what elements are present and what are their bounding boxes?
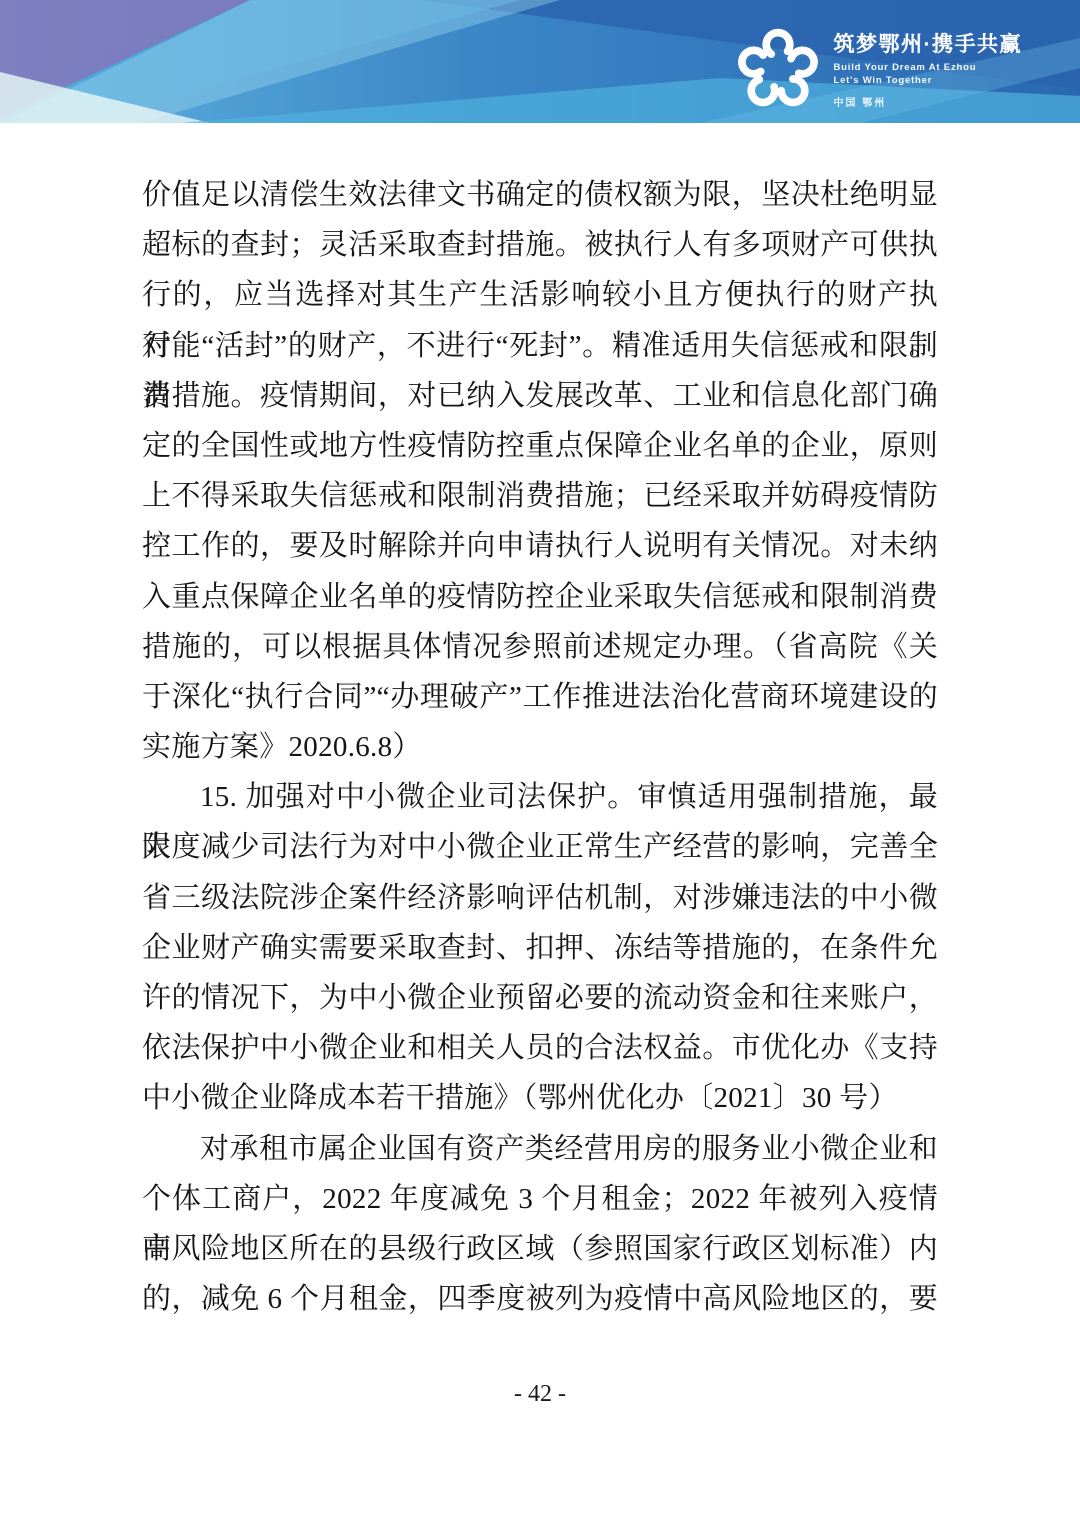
text-line: 上不得采取失信惩戒和限制消费措施；已经采取并妨碍疫情防 [142,471,938,521]
text-line: 依法保护中小微企业和相关人员的合法权益。市优化办《支持 [142,1023,938,1073]
text-line: 的，减免 6 个月租金，四季度被列为疫情中高风险地区的，要 [142,1274,938,1324]
logo-subtitle-en-1: Build Your Dream At Ezhou [834,61,1023,74]
logo-title: 筑梦鄂州·携手共赢 [834,32,1023,58]
text-line: 中小微企业降成本若干措施》（鄂州优化办〔2021〕30 号） [142,1073,938,1123]
text-line: 超标的查封；灵活采取查封措施。被执行人有多项财产可供执 [142,220,938,270]
logo-text-block: 筑梦鄂州·携手共赢 Build Your Dream At Ezhou Let'… [834,32,1023,109]
text-line: 许的情况下，为中小微企业预留必要的流动资金和往来账户， [142,973,938,1023]
text-line: 企业财产确实需要采取查封、扣押、冻结等措施的，在条件允 [142,923,938,973]
text-line: 15. 加强对中小微企业司法保护。审慎适用强制措施，最大 [142,772,938,822]
text-line: 定的全国性或地方性疫情防控重点保障企业名单的企业，原则 [142,421,938,471]
text-line: 限度减少司法行为对中小微企业正常生产经营的影响，完善全 [142,822,938,872]
logo-subtitle-en-2: Let's Win Together [834,74,1023,87]
text-line: 高风险地区所在的县级行政区域（参照国家行政区划标准）内 [142,1224,938,1274]
page-number: - 42 - [0,1381,1080,1408]
text-line: 对承租市属企业国有资产类经营用房的服务业小微企业和 [142,1124,938,1174]
logo-region: 中国 鄂州 [834,94,1023,109]
text-line: 价值足以清偿生效法律文书确定的债权额为限，坚决杜绝明显 [142,170,938,220]
text-line: 控工作的，要及时解除并向申请执行人说明有关情况。对未纳 [142,521,938,571]
ezhou-logo: 筑梦鄂州·携手共赢 Build Your Dream At Ezhou Let'… [734,26,1023,114]
body-text: 价值足以清偿生效法律文书确定的债权额为限，坚决杜绝明显 超标的查封；灵活采取查封… [142,170,938,1324]
text-line: 对能“活封”的财产，不进行“死封”。精准适用失信惩戒和限制消 [142,321,938,371]
text-line: 行的，应当选择对其生产生活影响较小且方便执行的财产执行。 [142,270,938,320]
text-line: 实施方案》2020.6.8） [142,722,938,772]
text-line: 省三级法院涉企案件经济影响评估机制，对涉嫌违法的中小微 [142,873,938,923]
text-line: 个体工商户，2022 年度减免 3 个月租金；2022 年被列入疫情中 [142,1174,938,1224]
text-line: 费措施。疫情期间，对已纳入发展改革、工业和信息化部门确 [142,371,938,421]
plum-blossom-icon [734,26,822,114]
text-line: 于深化“执行合同”“办理破产”工作推进法治化营商环境建设的 [142,672,938,722]
document-page: 筑梦鄂州·携手共赢 Build Your Dream At Ezhou Let'… [0,0,1080,1528]
header-banner: 筑梦鄂州·携手共赢 Build Your Dream At Ezhou Let'… [0,0,1080,123]
text-line: 入重点保障企业名单的疫情防控企业采取失信惩戒和限制消费 [142,572,938,622]
text-line: 措施的，可以根据具体情况参照前述规定办理。（省高院《关 [142,622,938,672]
